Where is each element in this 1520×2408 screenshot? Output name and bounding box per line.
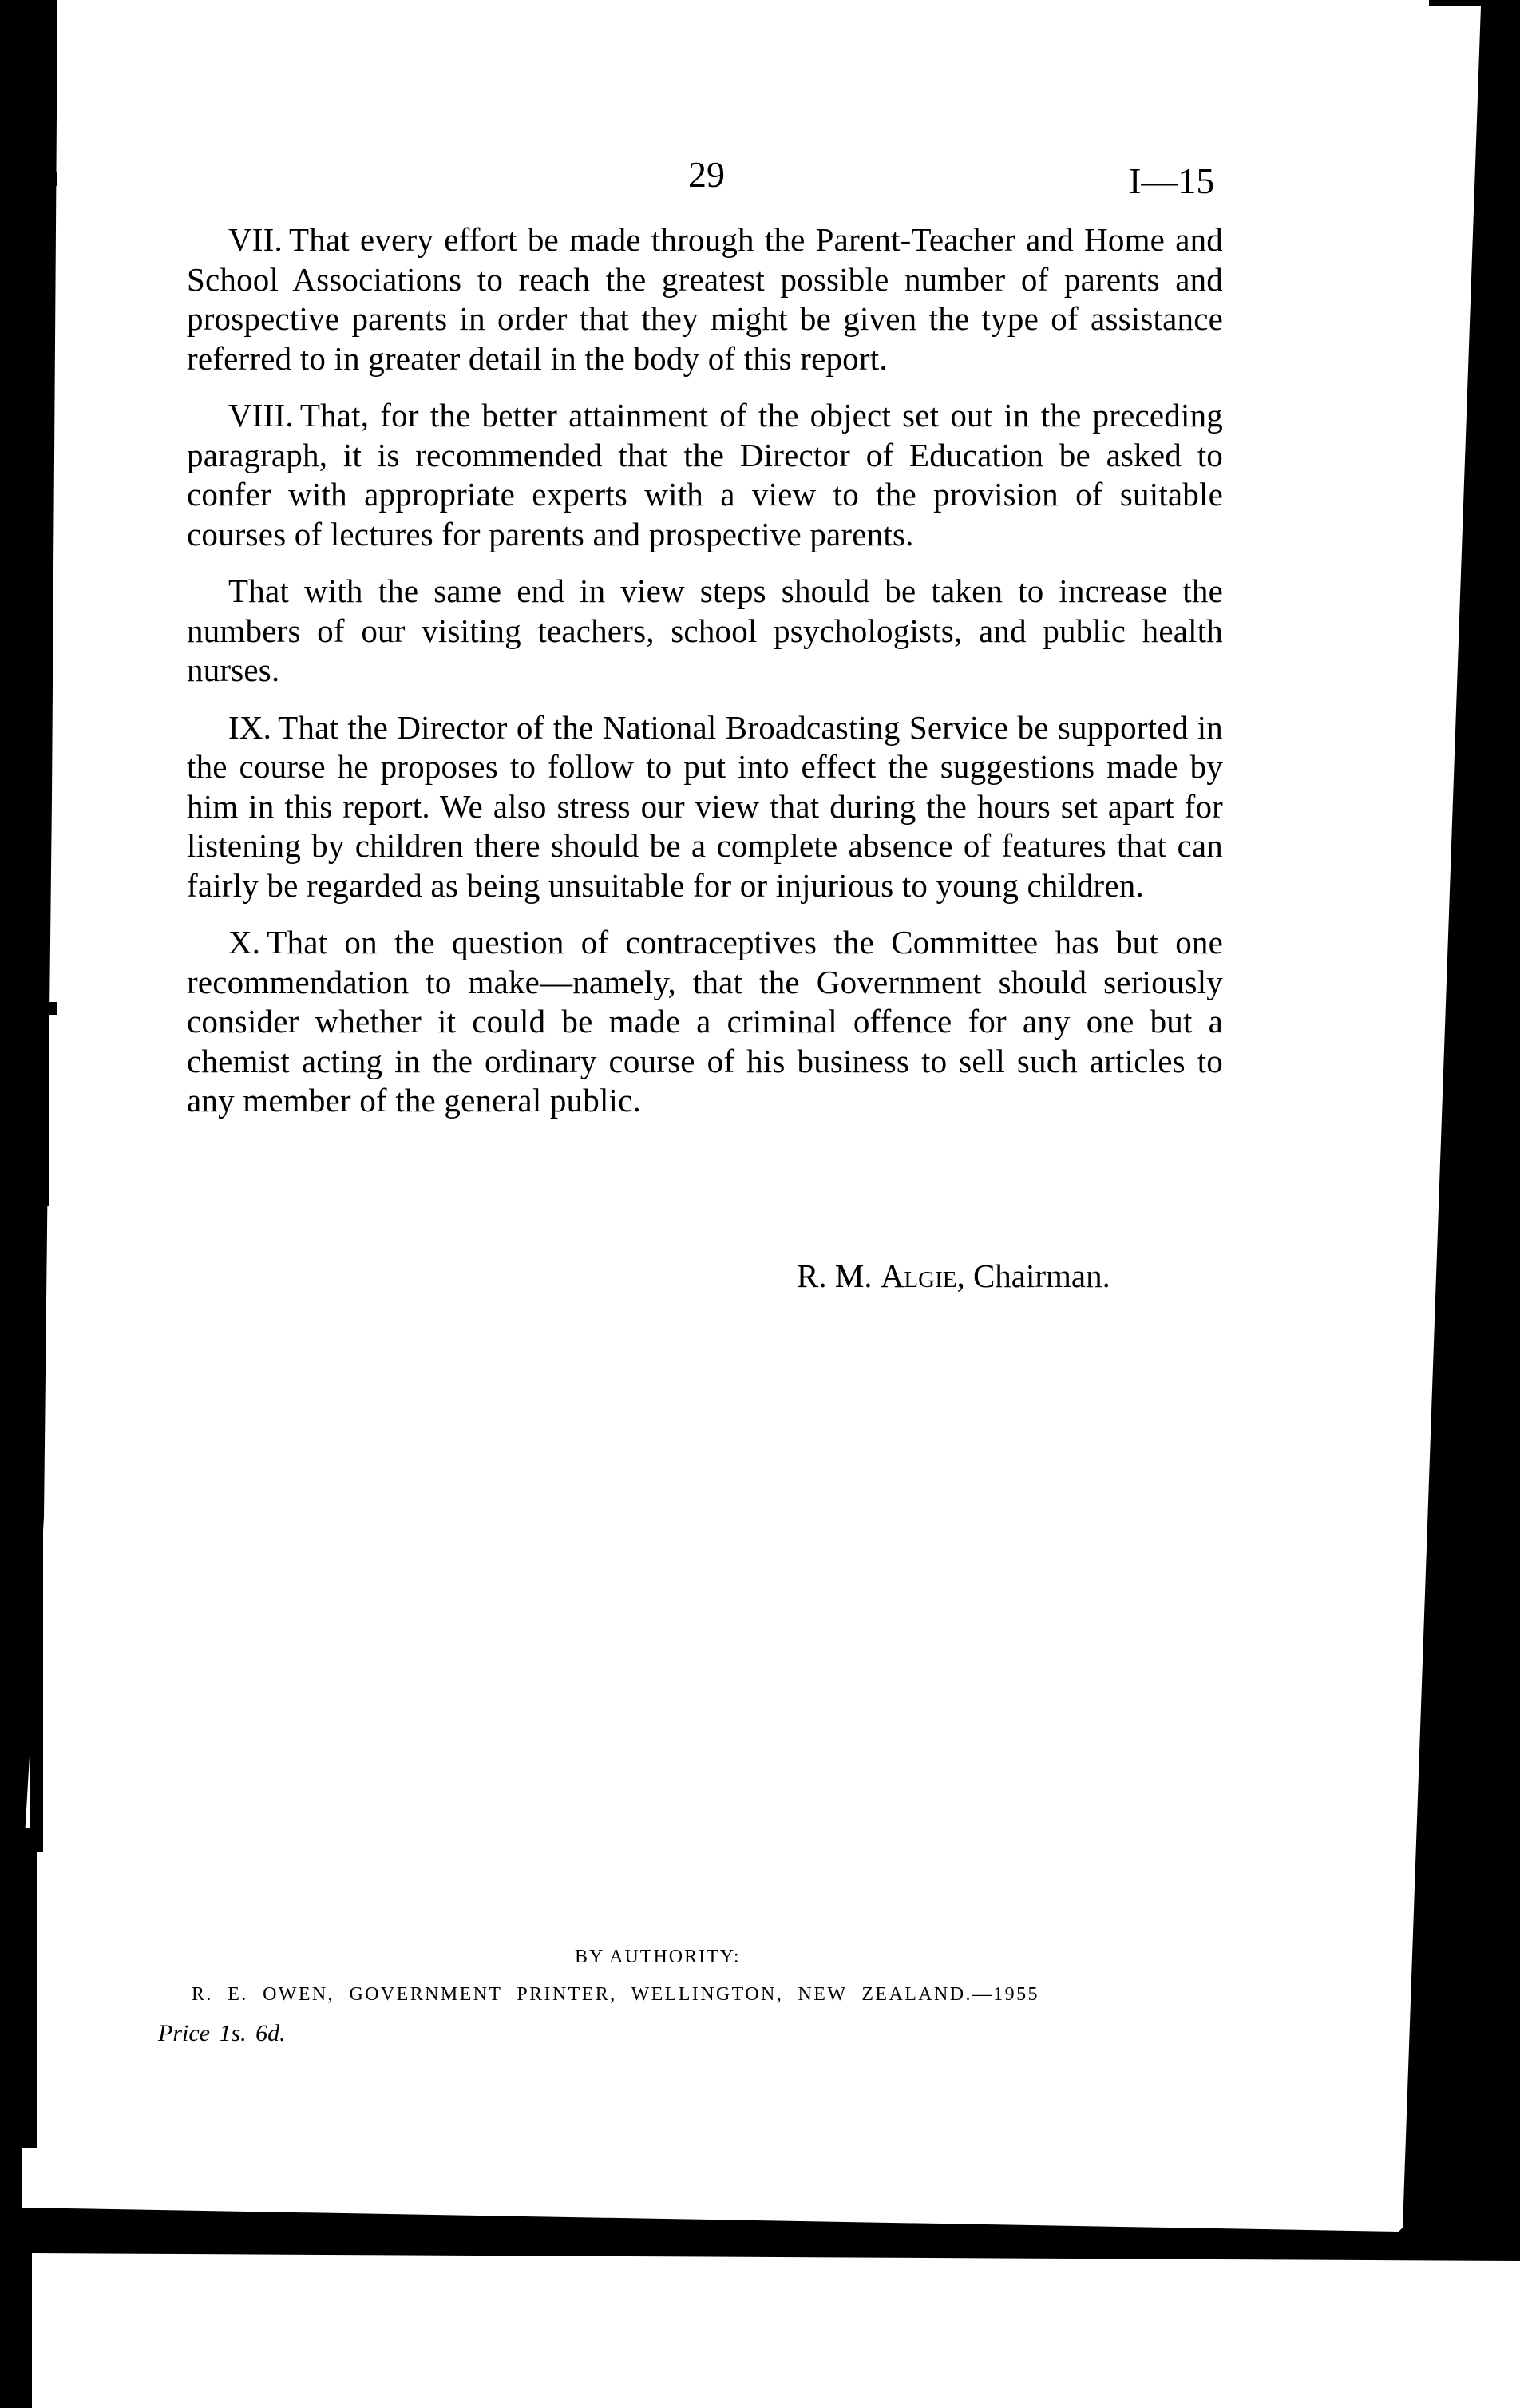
paragraph-text: That, for the better attainment of the o… — [187, 397, 1223, 552]
paragraph-numeral: VIII. — [228, 397, 294, 434]
paragraph-numeral: X. — [228, 924, 260, 960]
top-right-edge-artifact — [1429, 0, 1520, 5]
paragraph-text: That the Director of the National Broadc… — [187, 709, 1223, 904]
imprint-printer: R. E. OWEN, GOVERNMENT PRINTER, WELLINGT… — [192, 1984, 1039, 2006]
paragraph-ix: IX.That the Director of the National Bro… — [187, 708, 1223, 906]
imprint-authority: BY AUTHORITY: — [575, 1947, 741, 1968]
imprint-price: Price 1s. 6d. — [158, 2020, 286, 2047]
paragraph-viii-continued: That with the same end in view steps sho… — [187, 572, 1223, 691]
paragraph-numeral: IX. — [228, 709, 271, 746]
book-binding-shadow — [0, 0, 57, 2408]
paragraph-viii: VIII.That, for the better attainment of … — [187, 396, 1223, 554]
chairman-signature: R. M. Algie, Chairman. — [797, 1260, 1110, 1293]
paragraph-text: That with the same end in view steps sho… — [187, 572, 1223, 688]
document-identifier: I—15 — [1129, 163, 1214, 200]
paragraph-text: That on the question of contraceptives t… — [187, 924, 1223, 1119]
signature-surname: Algie — [881, 1257, 957, 1294]
paragraph-x: X.That on the question of contraceptives… — [187, 923, 1223, 1121]
next-page-edge — [32, 2253, 1520, 2408]
signature-initials: R. M. — [797, 1257, 873, 1294]
paragraph-vii: VII.That every effort be made through th… — [187, 220, 1223, 378]
paragraph-numeral: VII. — [228, 221, 283, 258]
signature-title: , Chairman. — [956, 1257, 1110, 1294]
page-number: 29 — [688, 156, 725, 193]
recommendations-body: VII.That every effort be made through th… — [187, 220, 1223, 1139]
paragraph-text: That every effort be made through the Pa… — [187, 221, 1223, 377]
